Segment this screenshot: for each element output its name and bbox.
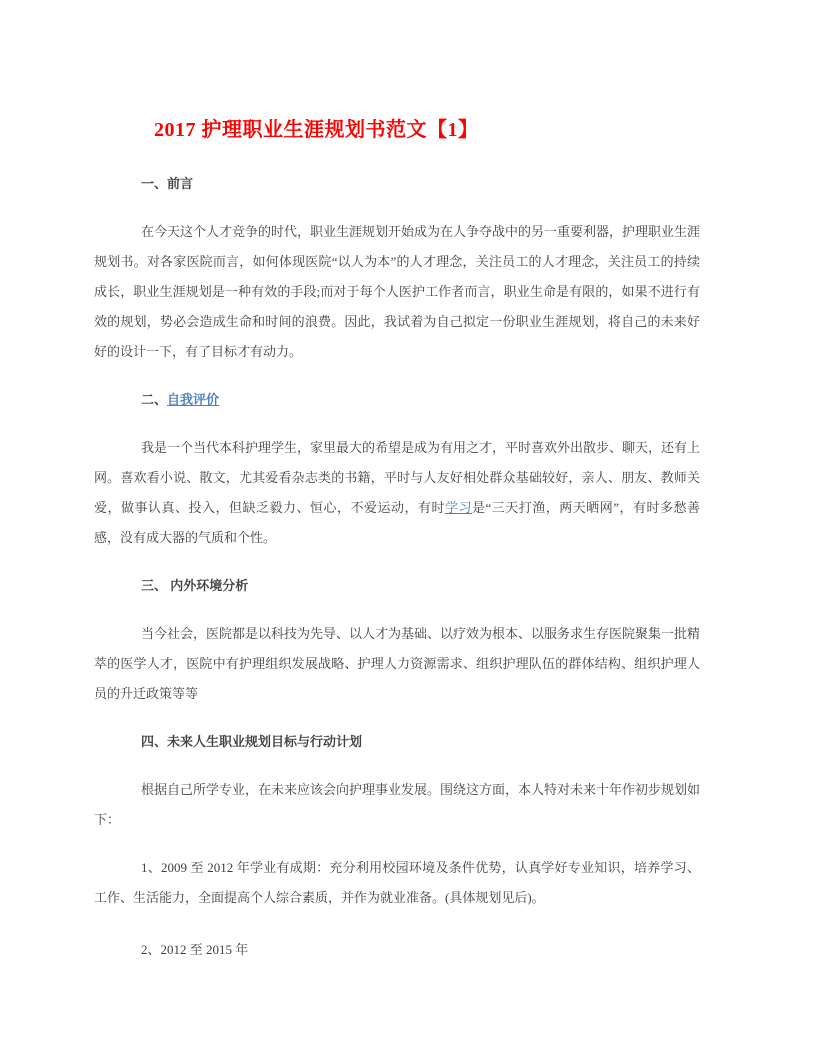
- self-evaluation-link[interactable]: 自我评价: [167, 392, 219, 407]
- paragraph-career-goals-intro: 根据自己所学专业，在未来应该会向护理事业发展。围绕这方面，本人特对未来十年作初步…: [94, 775, 700, 835]
- document-content: 2017 护理职业生涯规划书范文【1】 一、前言 在今天这个人才竞争的时代，职业…: [0, 115, 816, 965]
- study-link[interactable]: 学习: [445, 500, 472, 515]
- list-item-stage-2: 2、2012 至 2015 年: [94, 935, 700, 965]
- section-heading-career-goals: 四、未来人生职业规划目标与行动计划: [94, 727, 700, 757]
- section-heading-self-evaluation-prefix: 二、: [141, 392, 167, 407]
- document-page: 2017 护理职业生涯规划书范文【1】 一、前言 在今天这个人才竞争的时代，职业…: [0, 0, 816, 1056]
- list-item-stage-1: 1、2009 至 2012 年学业有成期：充分利用校园环境及条件优势，认真学好专…: [94, 853, 700, 913]
- paragraph-self-evaluation: 我是一个当代本科护理学生，家里最大的希望是成为有用之才，平时喜欢外出散步、聊天，…: [94, 433, 700, 553]
- document-title: 2017 护理职业生涯规划书范文【1】: [94, 115, 700, 145]
- paragraph-environment-analysis: 当今社会，医院都是以科技为先导、以人才为基础、以疗效为根本、以服务求生存医院聚集…: [94, 619, 700, 709]
- paragraph-foreword: 在今天这个人才竞争的时代，职业生涯规划开始成为在人争夺战中的另一重要利器，护理职…: [94, 217, 700, 367]
- section-heading-environment-analysis: 三、 内外环境分析: [94, 571, 700, 601]
- section-heading-foreword: 一、前言: [94, 169, 700, 199]
- section-heading-self-evaluation: 二、自我评价: [94, 385, 700, 415]
